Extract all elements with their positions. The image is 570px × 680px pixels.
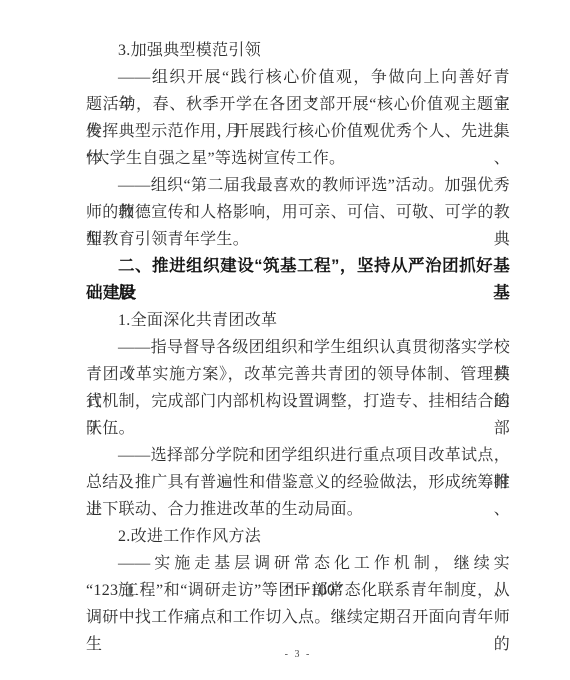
text-line: ——选择部分学院和团学组织进行重点项目改革试点，及时 [86,442,510,469]
subheading-line: 2.改进工作作风方法 [86,523,510,550]
text-line: 行机制，完成部门内部机构设置调整，打造专、挂相结合的干部 [86,388,510,415]
text-line: 总结、推广具有普遍性和借鉴意义的经验做法，形成统筹推进、 [86,469,510,496]
text-line: 调研中找工作痛点和工作切入点。继续定期召开面向青年师生的 [86,604,510,631]
text-line: “123 工程”和“调研走访”等团干部常态化联系青年制度，从 [86,577,510,604]
subheading-line: 1.全面深化共青团改革 [86,307,510,334]
text-line: 发挥典型示范作用，开展践行核心价值观优秀个人、先进集体、 [86,118,510,145]
subheading-line: 3.加强典型模范引领 [86,37,510,64]
heading-line: 二、推进组织建设“筑基工程”，坚持从严治团抓好基层基 [86,253,510,280]
text-line: ——组织开展“践行核心价值观，争做向上向善好青年”主 [86,64,510,91]
text-line: 师的师德宣传和人格影响，用可亲、可信、可敬、可学的教师典 [86,199,510,226]
text-line: 青团改革实施方案》，改革完善共青团的领导体制、管理模式、运 [86,361,510,388]
text-line: 题活动，春、秋季开学在各团支部开展“核心价值观主题宣传月”。 [86,91,510,118]
document-page: 3.加强典型模范引领——组织开展“践行核心价值观，争做向上向善好青年”主题活动，… [0,0,570,680]
text-line: ——组织“第二届我最喜欢的教师评选”活动。加强优秀教 [86,172,510,199]
text-line: ——指导督导各级团组织和学生组织认真贯彻落实学校《共 [86,334,510,361]
text-line: ——实施走基层调研常态化工作机制，继续实施“1+100”、 [86,550,510,577]
text-block: 3.加强典型模范引领——组织开展“践行核心价值观，争做向上向善好青年”主题活动，… [86,37,510,631]
page-number: - 3 - [86,649,510,660]
